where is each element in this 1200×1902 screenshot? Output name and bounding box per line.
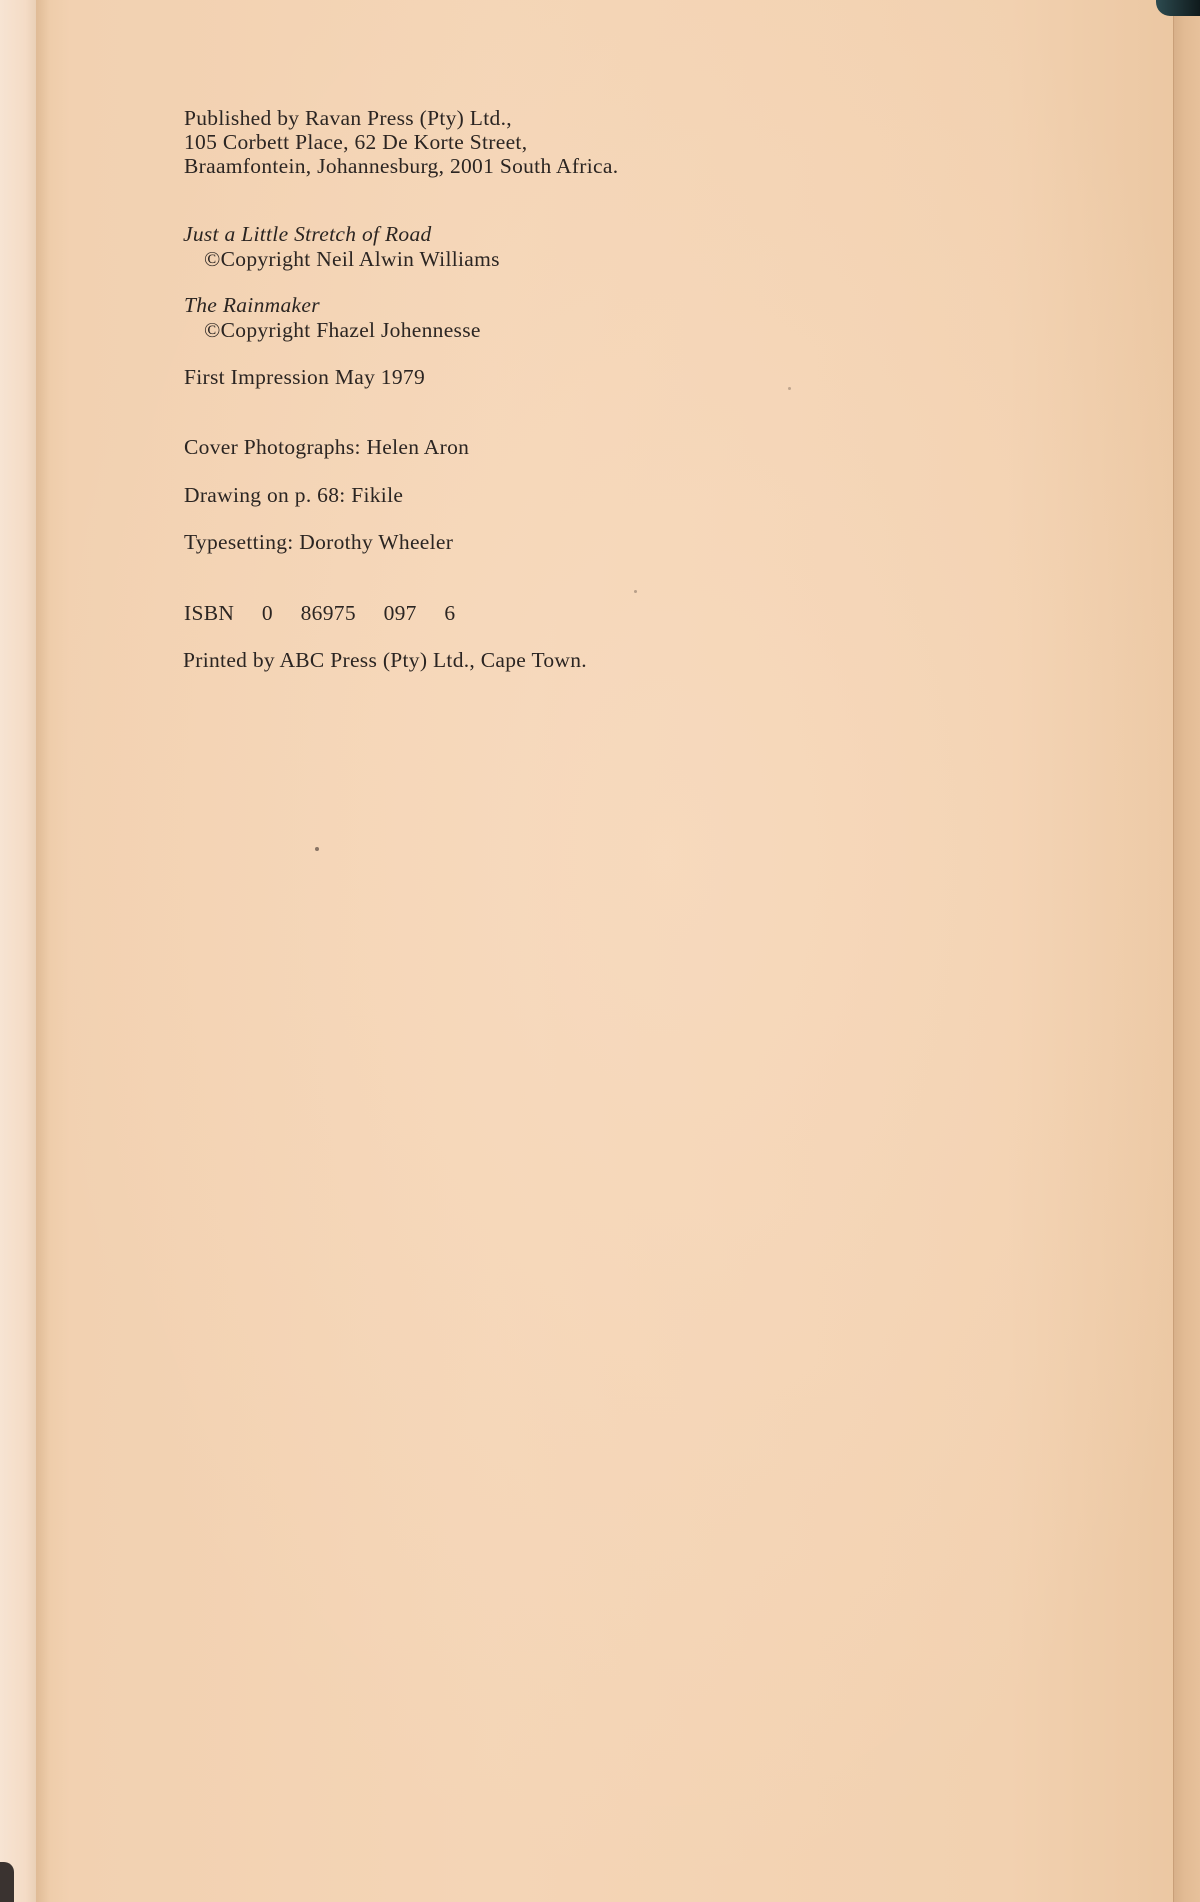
isbn-part-2: 86975	[301, 599, 356, 627]
work-title-1: Just a Little Stretch of Road	[183, 220, 432, 248]
printer-statement: Printed by ABC Press (Pty) Ltd., Cape To…	[183, 646, 587, 674]
work-title-2: The Rainmaker	[184, 291, 320, 319]
typesetting-credit: Typesetting: Dorothy Wheeler	[184, 528, 453, 556]
paper-speck	[788, 387, 791, 390]
work-copyright-2: ©Copyright Fhazel Johennesse	[204, 316, 481, 344]
copyright-page: Published by Ravan Press (Pty) Ltd., 105…	[36, 0, 1180, 1902]
page-inner-shadow	[36, 0, 50, 1902]
drawing-credit: Drawing on p. 68: Fikile	[184, 481, 403, 509]
publisher-line-3: Braamfontein, Johannesburg, 2001 South A…	[184, 152, 618, 180]
edition-statement: First Impression May 1979	[184, 363, 425, 391]
paper-speck	[634, 590, 637, 593]
paper-speck	[315, 847, 319, 851]
isbn-part-3: 097	[384, 599, 417, 627]
isbn-part-1: 0	[262, 599, 273, 627]
isbn-part-4: 6	[444, 599, 455, 627]
left-page-edge	[0, 0, 36, 1902]
book-cover-top-corner	[1156, 0, 1200, 16]
isbn-line: ISBN 0 86975 097 6	[184, 599, 477, 627]
right-page-gutter	[1173, 0, 1200, 1902]
book-cover-corner	[0, 1862, 14, 1902]
cover-credit: Cover Photographs: Helen Aron	[184, 433, 469, 461]
isbn-label: ISBN	[184, 599, 234, 627]
work-copyright-1: ©Copyright Neil Alwin Williams	[204, 245, 500, 273]
